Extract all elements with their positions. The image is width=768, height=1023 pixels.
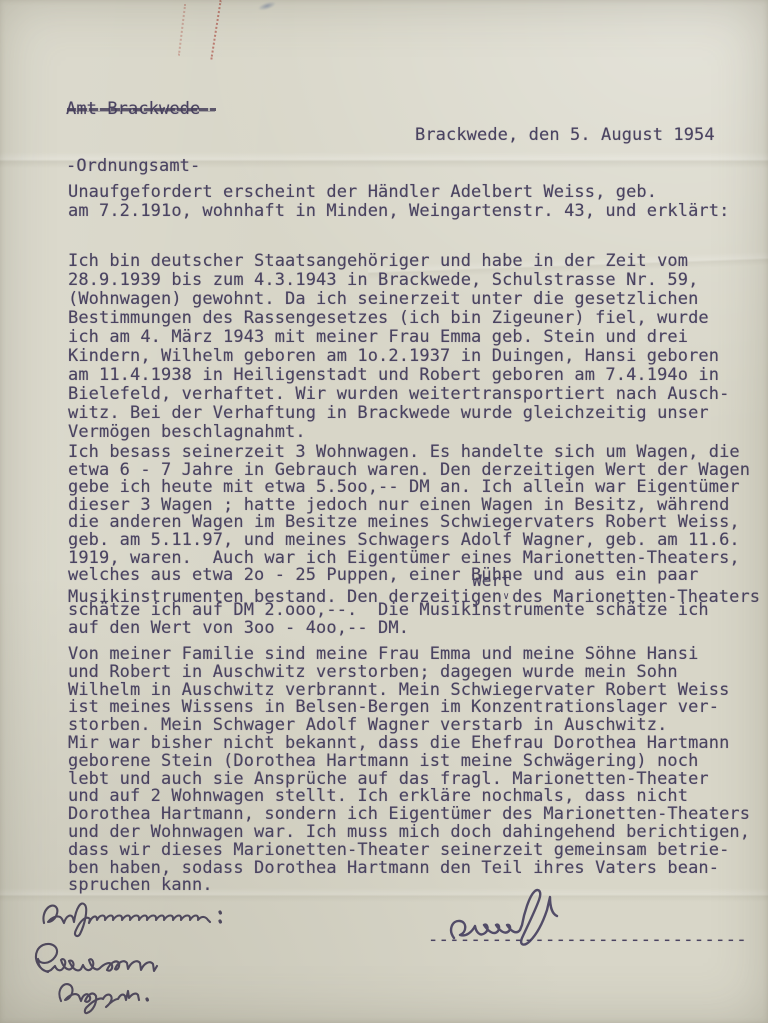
office-department: -Ordnungsamt-: [66, 157, 200, 176]
inserted-word-above-line: Wert: [472, 573, 511, 589]
text-line: Bielefeld, verhaftet. Wir wurden weitert…: [68, 385, 729, 404]
text-line: Vermögen beschlagnahmt.: [68, 423, 729, 442]
scanned-document-page: Amt Brackwede -Ordnungsamt- Brackwede, d…: [0, 0, 768, 1023]
handwritten-note-aufgenommen: [36, 896, 251, 938]
text-line: und Robert in Auschwitz verstorben; dage…: [68, 664, 750, 682]
red-pencil-mark: [178, 4, 188, 56]
red-pencil-mark: [210, 0, 223, 60]
text-line: witz. Bei der Verhaftung in Brackwede wu…: [68, 404, 729, 423]
paragraph-property-top: Ich besass seinerzeit 3 Wohnwagen. Es ha…: [68, 444, 750, 585]
declarant-signature: [440, 882, 600, 957]
ink-smudge: [255, 0, 278, 13]
text-line: 28.9.1939 bis zum 4.3.1943 in Brackwede,…: [68, 271, 729, 290]
text-line: geb. am 5.11.97, und meines Schwagers Ad…: [68, 532, 750, 550]
paragraph-family: Von meiner Familie sind meine Frau Emma …: [68, 646, 750, 895]
dateline: Brackwede, den 5. August 1954: [415, 126, 715, 145]
paragraph-property-bottom: schätze ich auf DM 2.ooo,--. Die Musikin…: [68, 602, 709, 637]
text-line: Kindern, Wilhelm geboren am 1o.2.1937 in…: [68, 347, 729, 366]
paragraph-arrest: Ich bin deutscher Staatsangehöriger und …: [68, 252, 729, 442]
text-line: (Wohnwagen) gewohnt. Da ich seinerzeit u…: [68, 290, 729, 309]
text-line: Ich bin deutscher Staatsangehöriger und …: [68, 252, 729, 271]
text-line: geborene Stein (Dorothea Hartmann ist me…: [68, 753, 750, 771]
text-line: am 7.2.191o, wohnhaft in Minden, Weingar…: [68, 202, 729, 221]
text-line: auf den Wert von 3oo - 4oo,-- DM.: [68, 620, 709, 638]
text-line: Unaufgefordert erscheint der Händler Ade…: [68, 183, 729, 202]
text-line: Ich besass seinerzeit 3 Wohnwagen. Es ha…: [68, 444, 750, 462]
handwriting-stroke: [48, 978, 168, 1018]
letterhead-underline: [67, 108, 216, 111]
handwriting-stroke: [440, 882, 600, 957]
clerk-role-note: [48, 978, 168, 1018]
text-line: schätze ich auf DM 2.ooo,--. Die Musikin…: [68, 602, 709, 620]
text-line: dass wir dieses Marionetten-Theater sein…: [68, 842, 750, 860]
text-line: welches aus etwa 2o - 25 Puppen, einer B…: [68, 567, 750, 585]
handwriting-stroke: [36, 896, 251, 938]
intro-paragraph: Unaufgefordert erscheint der Händler Ade…: [68, 183, 729, 221]
text-line: spruchen kann.: [68, 877, 750, 895]
text-line: am 11.4.1938 in Heiligenstadt und Robert…: [68, 366, 729, 385]
text-line: ich am 4. März 1943 mit meiner Frau Emma…: [68, 328, 729, 347]
text-line: Bestimmungen des Rassengesetzes (ich bin…: [68, 309, 729, 328]
